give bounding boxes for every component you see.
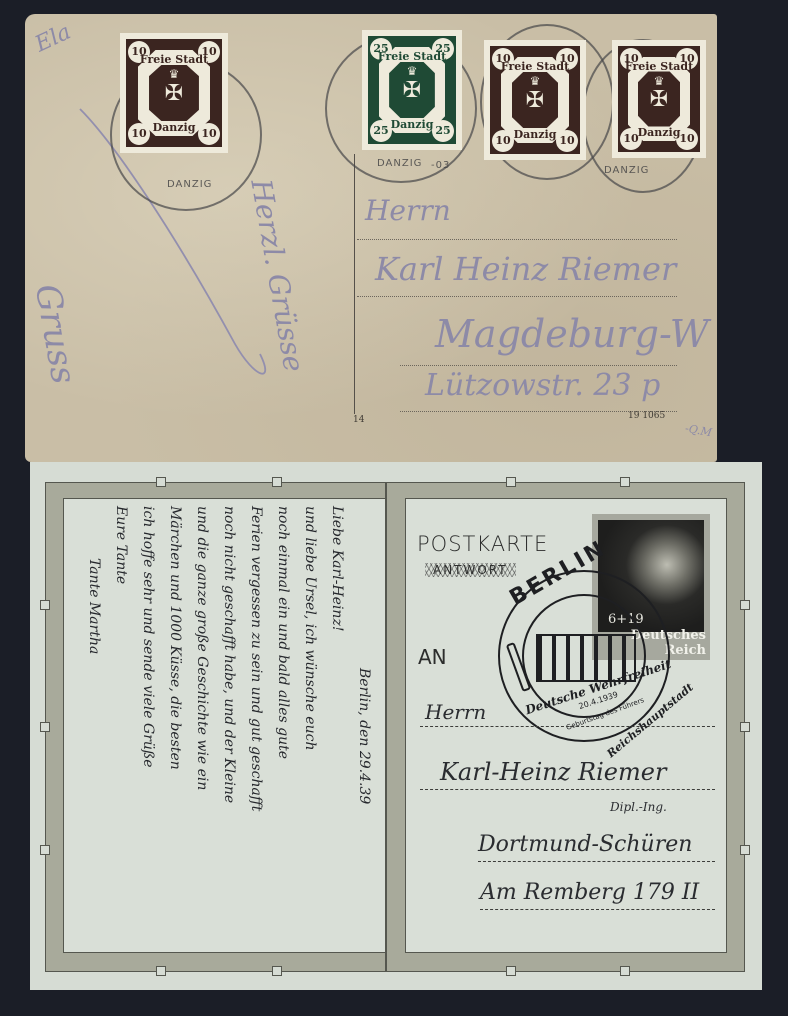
letter-line: ich hoffe sehr und sende viele Grüße [134,498,161,948]
address-line-4: Lützowstr. 23 p [425,368,660,403]
danzig-cross-icon: ✠ [165,83,183,105]
danzig-cross-icon: ✠ [526,90,544,112]
address-line-1: Herrn [365,194,451,227]
stamp-top-text: Freie Stadt [126,53,222,66]
address-line-5: Am Remberg 179 II [480,880,699,905]
border-notch [40,600,50,610]
crown-icon: ♛ [654,74,665,88]
crown-icon: ♛ [407,64,418,78]
address-line-4: Dortmund-Schüren [478,832,692,857]
address-line [478,861,715,862]
address-line-3: Magdeburg-W [435,312,709,356]
letter-dateline: Berlin, den 29.4.39 [350,498,377,948]
letter-line: Märchen und 1000 Küsse, die besten [161,498,188,948]
stamp-bottom-text: Danzig [490,128,580,141]
danzig-cross-icon: ✠ [650,89,668,111]
letter-line: noch nicht geschafft habe, und der Klein… [215,498,242,948]
danzig-cross-icon: ✠ [403,80,421,102]
letter-line: und liebe Ursel, ich wünsche euch [296,498,323,948]
address-line-3: Dipl.-Ing. [610,800,667,814]
address-line-2: Karl Heinz Riemer [375,250,676,288]
letter-line: noch einmal ein und bald alles gute [269,498,296,948]
border-notch [156,477,166,487]
crown-icon: ♛ [169,67,180,81]
address-line-1: Herrn [425,700,486,724]
stamp-top-text: Freie Stadt [618,60,700,73]
border-notch [272,966,282,976]
stamp-danzig-10: 10101010Freie Stadt♛✠Danzig [484,40,586,160]
letter-line: Ferien vergessen zu sein und gut geschaf… [242,498,269,948]
stamp-danzig-10: 10101010Freie Stadt♛✠Danzig [612,40,706,158]
address-line-2: Karl-Heinz Riemer [440,758,666,786]
address-line [420,726,715,727]
postkarte-heading: POSTKARTE [417,532,548,556]
antwort-cancelled-label: ANTWORT [425,563,516,577]
border-notch [740,600,750,610]
border-notch [156,966,166,976]
border-notch [620,966,630,976]
border-notch [740,845,750,855]
stamp-top-text: Freie Stadt [490,60,580,73]
letter-line: Liebe Karl-Heinz! [323,498,350,948]
border-notch [740,722,750,732]
an-label: AN [418,645,447,669]
crown-icon: ♛ [530,74,541,88]
letter-line: und die ganze große Geschichte wie ein [188,498,215,948]
border-notch [40,845,50,855]
stamp-danzig-10: 10101010Freie Stadt♛✠Danzig [120,33,228,153]
border-notch [506,477,516,487]
border-notch [506,966,516,976]
address-line [420,789,715,790]
address-line [480,909,715,910]
handwritten-letter: Berlin, den 29.4.39 Liebe Karl-Heinz!und… [62,498,377,948]
stamp-bottom-text: Danzig [618,126,700,139]
stamp-bottom-text: Danzig [368,118,456,131]
postmark-berlin: BERLIN Deutsche Wehrfreiheit 20.4.1939 G… [498,570,670,742]
border-notch [40,722,50,732]
border-notch [272,477,282,487]
stamp-bottom-text: Danzig [126,121,222,134]
stamp-top-text: Freie Stadt [368,50,456,63]
border-notch [620,477,630,487]
letter-line: Eure Tante [107,498,134,948]
stamp-danzig-25: 25252525Freie Stadt♛✠Danzig [362,30,462,150]
letter-line: Tante Martha [80,498,107,948]
postcard-danzig: 14 19 1065 Ela Gruss Herzl. Grüsse Herrn… [25,14,717,462]
